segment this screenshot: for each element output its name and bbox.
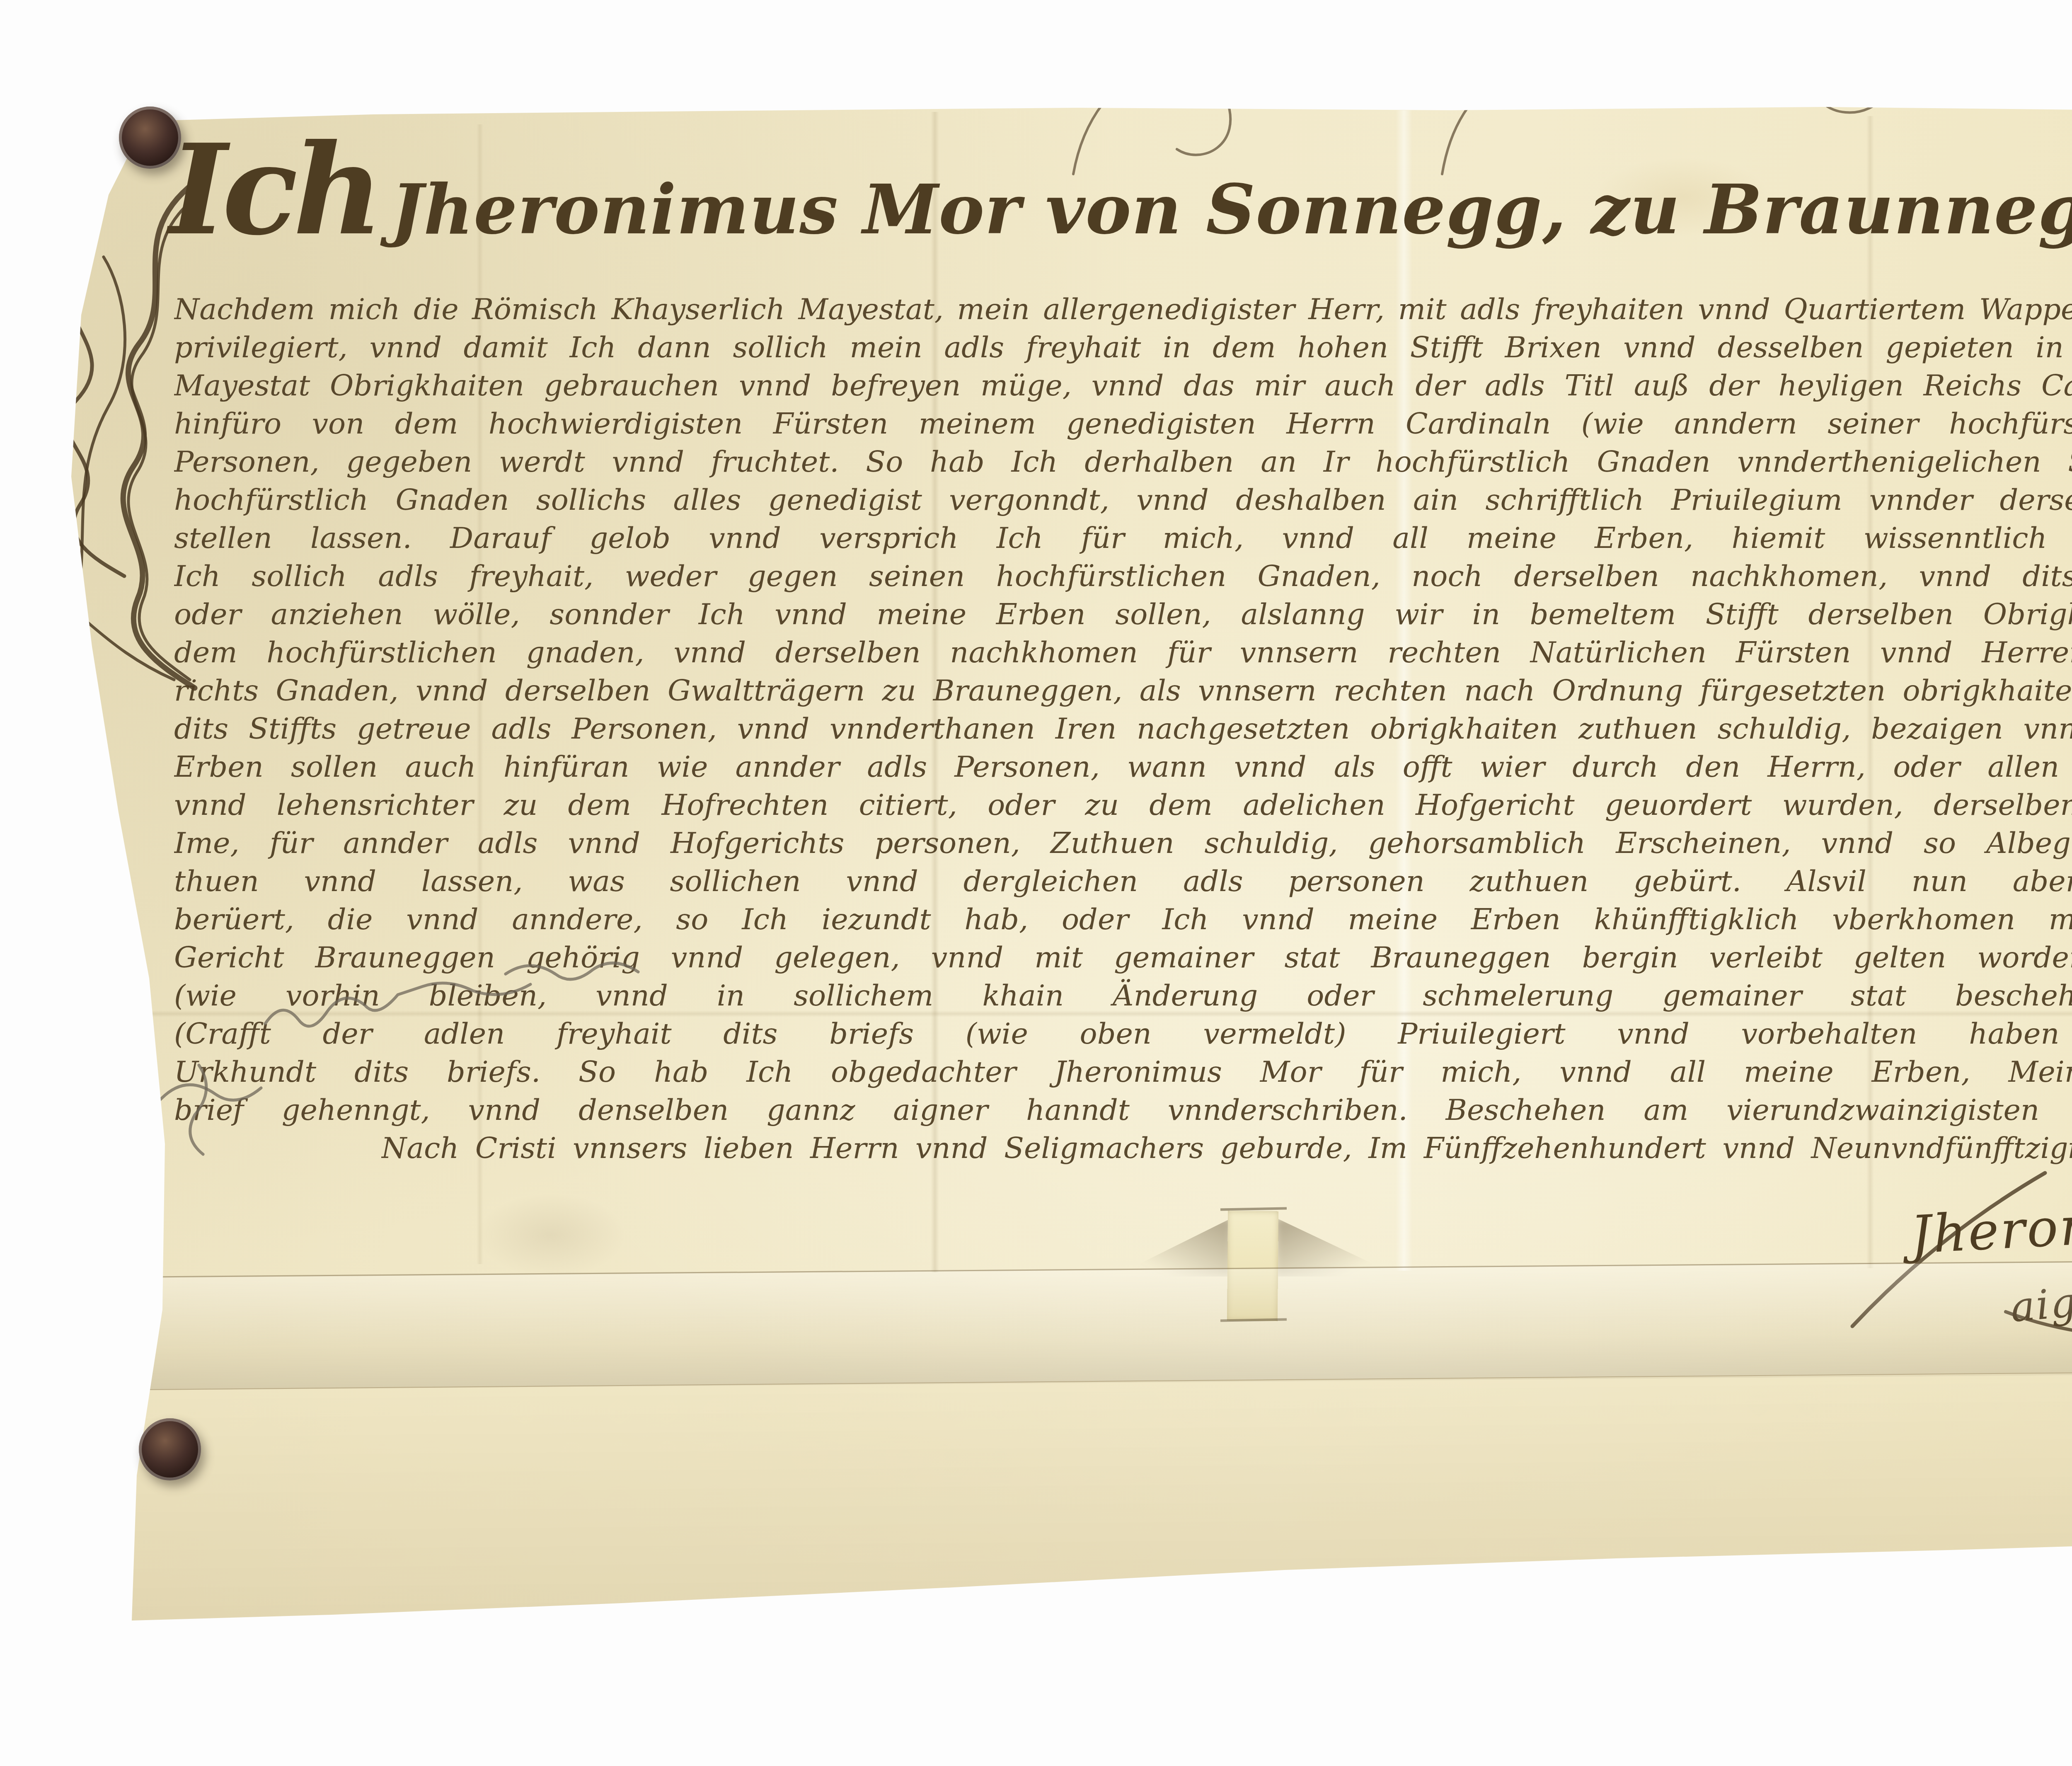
lower-flap (61, 1369, 2072, 1635)
plica-fold (62, 1258, 2072, 1391)
margin-year-note: 1559. (78, 919, 133, 996)
page-weight-pin-top-left (119, 107, 181, 169)
page-weight-pin-bottom-left (139, 1418, 201, 1480)
parchment-document: IchJheronimus Mor von Sonnegg, zu Braunn… (0, 0, 2072, 1766)
photo-canvas: IchJheronimus Mor von Sonnegg, zu Braunn… (0, 0, 2072, 1766)
